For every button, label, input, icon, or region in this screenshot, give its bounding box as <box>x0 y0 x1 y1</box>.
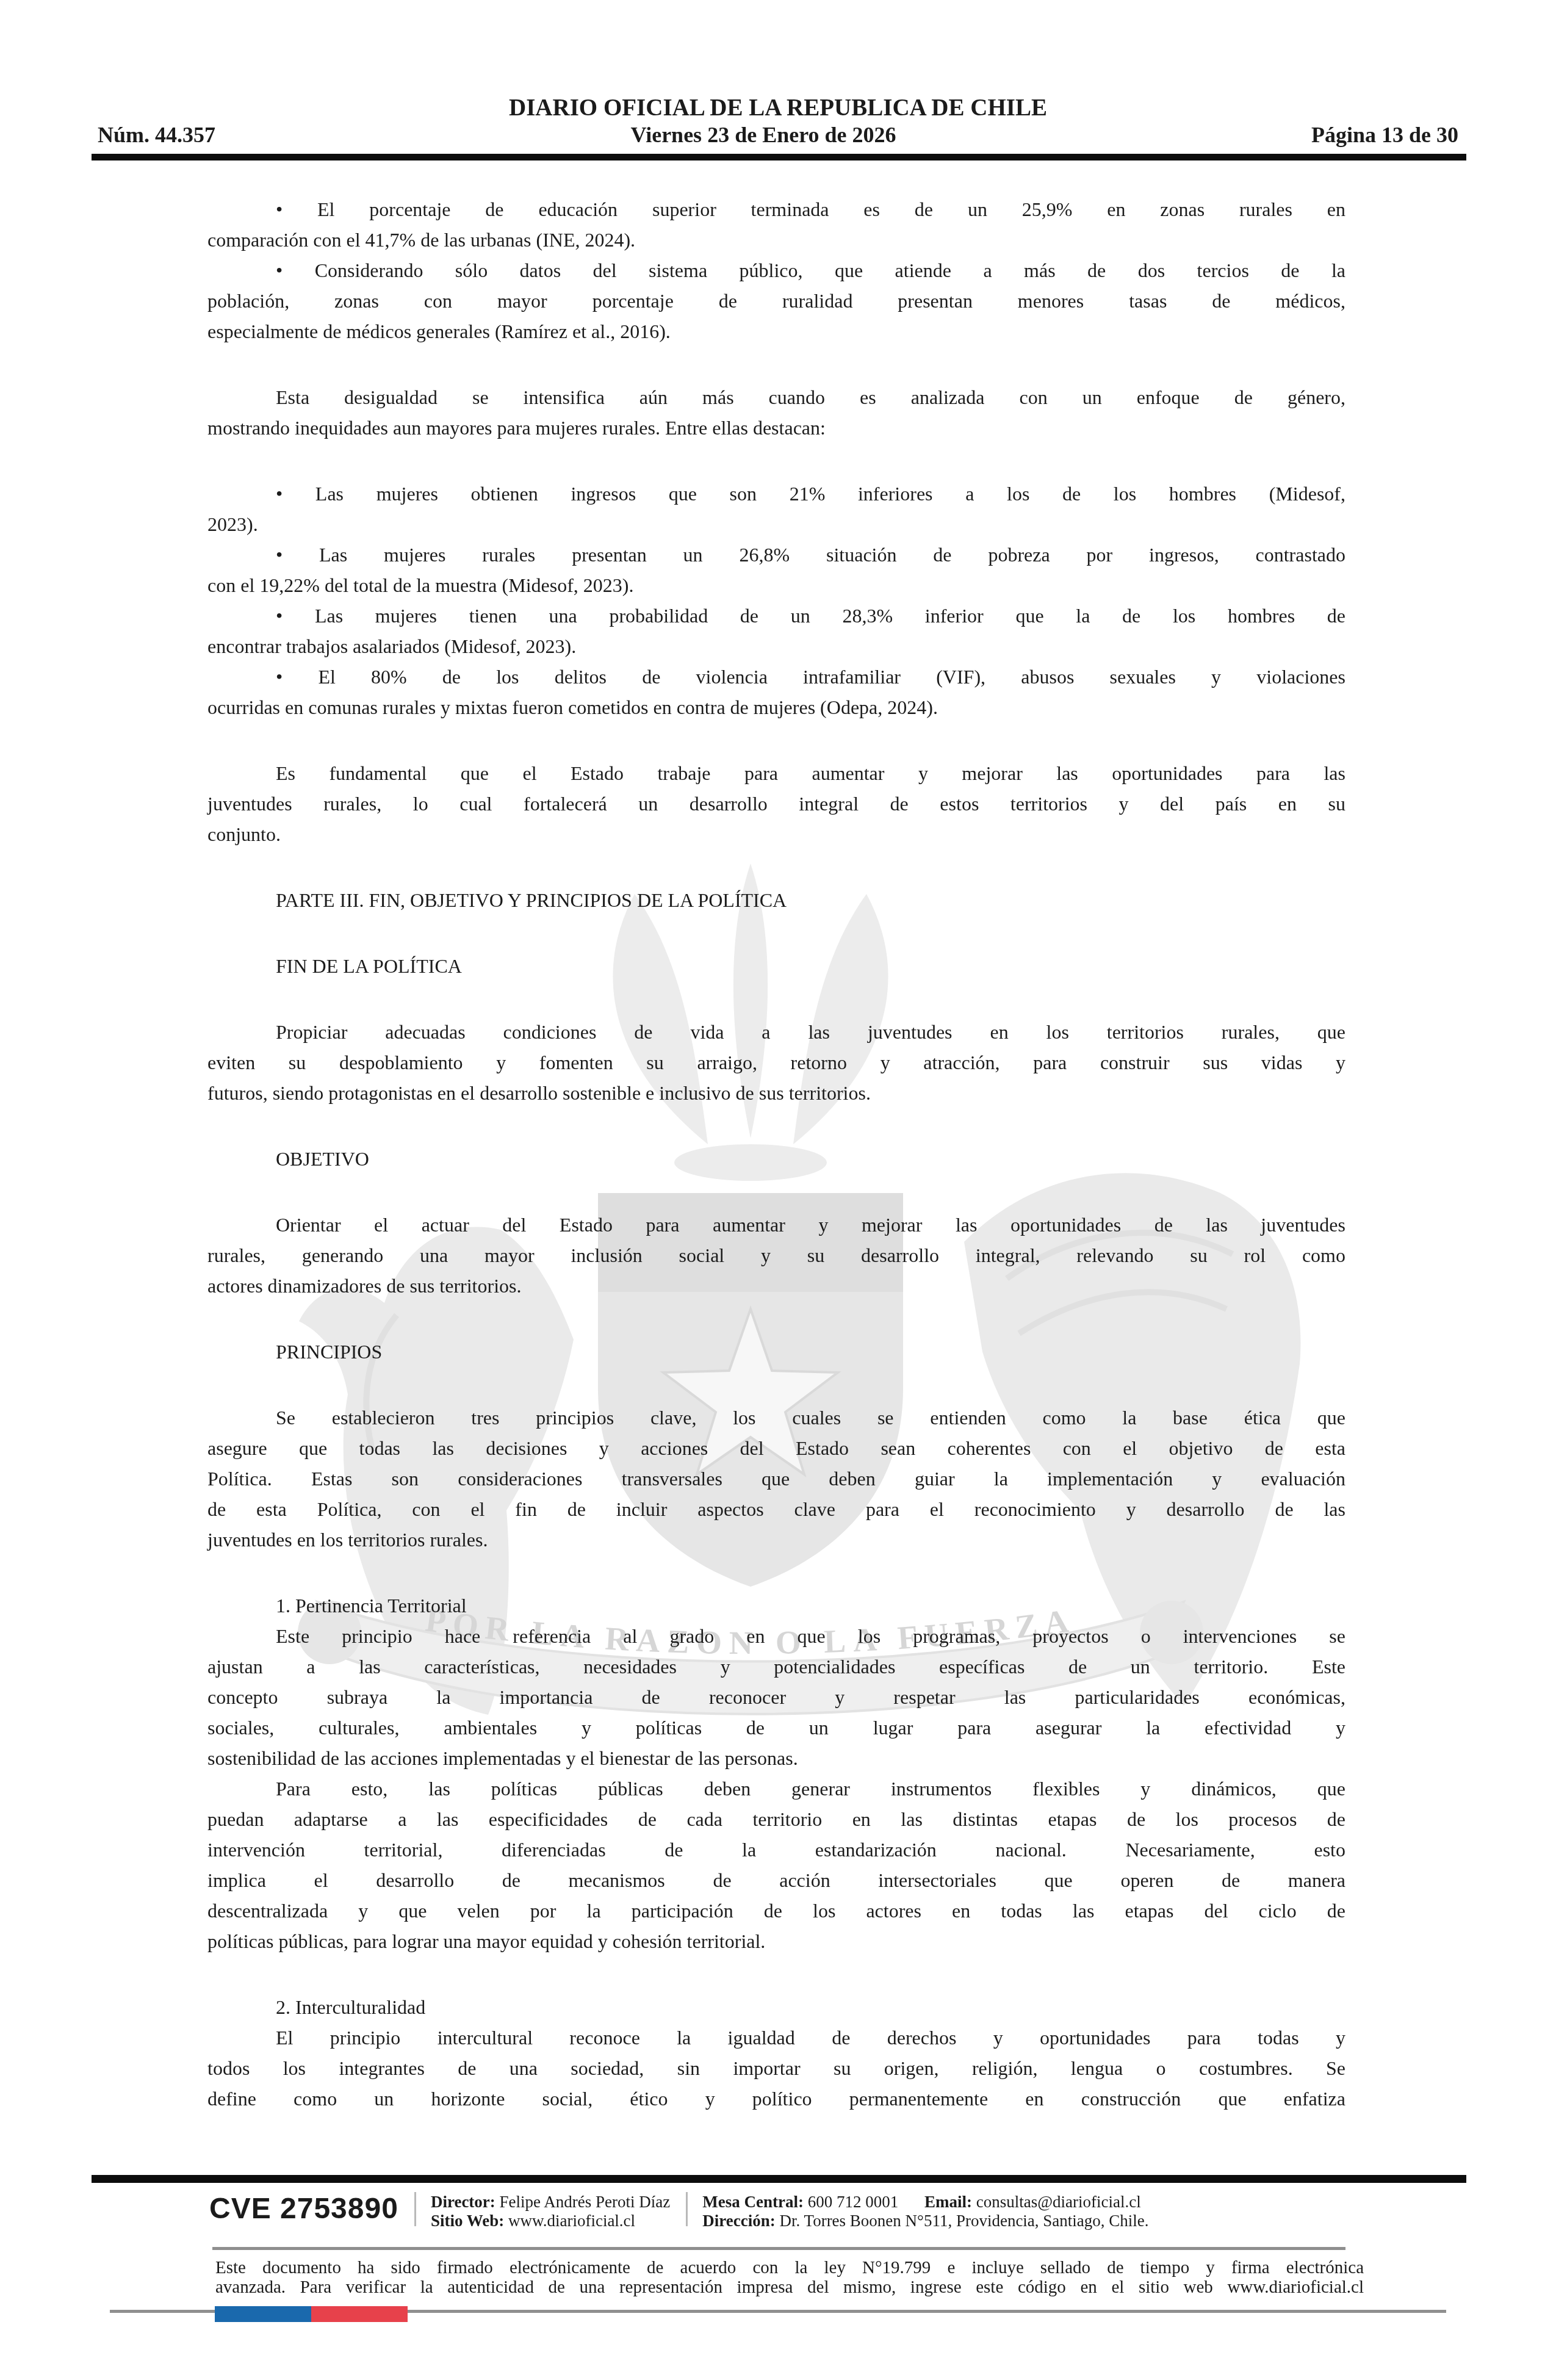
section-heading: OBJETIVO <box>207 1144 1345 1174</box>
text-line: • El 80% de los delitos de violencia int… <box>207 662 1345 692</box>
text-line: 2. Interculturalidad <box>207 1992 1345 2022</box>
text-line: 2023). <box>207 509 1345 539</box>
text-line: rurales, generando una mayor inclusión s… <box>207 1240 1345 1271</box>
text-line: asegure que todas las decisiones y accio… <box>207 1433 1345 1463</box>
text-line: descentralizada y que velen por la parti… <box>207 1895 1345 1926</box>
direccion-value: Dr. Torres Boonen N°511, Providencia, Sa… <box>780 2212 1149 2230</box>
text-line: • Las mujeres tienen una probabilidad de… <box>207 600 1345 631</box>
newspaper-title: DIARIO OFICIAL DE LA REPUBLICA DE CHILE <box>0 95 1556 121</box>
text-line: PRINCIPIOS <box>207 1336 1345 1367</box>
footer-divider <box>414 2192 416 2226</box>
text-line: • Considerando sólo datos del sistema pú… <box>207 255 1345 286</box>
document-page: POR LA RAZON O LA FUERZA DIARIO OFICIAL … <box>0 0 1556 2380</box>
text-line: de esta Política, con el fin de incluir … <box>207 1494 1345 1524</box>
text-line: FIN DE LA POLÍTICA <box>207 951 1345 981</box>
text-line: puedan adaptarse a las especificidades d… <box>207 1804 1345 1834</box>
text-line: juventudes rurales, lo cual fortalecerá … <box>207 788 1345 819</box>
text-line: comparación con el 41,7% de las urbanas … <box>207 225 1345 255</box>
email-label: Email: <box>924 2193 972 2211</box>
body-paragraph: Es fundamental que el Estado trabaje par… <box>207 758 1345 849</box>
body-paragraph: Propiciar adecuadas condiciones de vida … <box>207 1017 1345 1108</box>
text-line: Esta desigualdad se intensifica aún más … <box>207 382 1345 413</box>
text-line: 1. Pertinencia Territorial <box>207 1590 1345 1621</box>
issue-number: Núm. 44.357 <box>98 122 215 148</box>
text-line: ajustan a las características, necesidad… <box>207 1651 1345 1682</box>
text-line: políticas públicas, para lograr una mayo… <box>207 1926 1345 1956</box>
website-url: www.diarioficial.cl <box>508 2212 635 2230</box>
text-line: sociales, culturales, ambientales y polí… <box>207 1712 1345 1743</box>
chile-flag-mark <box>215 2306 408 2322</box>
body-paragraph: Este principio hace referencia al grado … <box>207 1621 1345 1773</box>
text-line: • El porcentaje de educación superior te… <box>207 194 1345 225</box>
text-line: Para esto, las políticas públicas deben … <box>207 1773 1345 1804</box>
text-line: El principio intercultural reconoce la i… <box>207 2022 1345 2053</box>
text-line: con el 19,22% del total de la muestra (M… <box>207 570 1345 600</box>
text-line: • Las mujeres obtienen ingresos que son … <box>207 478 1345 509</box>
text-line: sostenibilidad de las acciones implement… <box>207 1743 1345 1773</box>
section-heading: FIN DE LA POLÍTICA <box>207 951 1345 981</box>
text-line: Se establecieron tres principios clave, … <box>207 1402 1345 1433</box>
mesa-central-number: 600 712 0001 <box>808 2193 899 2211</box>
text-line: Propiciar adecuadas condiciones de vida … <box>207 1017 1345 1047</box>
body-paragraph: Esta desigualdad se intensifica aún más … <box>207 382 1345 443</box>
text-line: • Las mujeres rurales presentan un 26,8%… <box>207 539 1345 570</box>
section-heading: 2. Interculturalidad <box>207 1992 1345 2022</box>
section-heading: PRINCIPIOS <box>207 1336 1345 1367</box>
text-line: Política. Estas son consideraciones tran… <box>207 1463 1345 1494</box>
issue-date: Viernes 23 de Enero de 2026 <box>631 122 896 148</box>
legal-notice: Este documento ha sido firmado electróni… <box>215 2258 1364 2297</box>
text-line: conjunto. <box>207 819 1345 849</box>
footer-director-column: Director: Felipe Andrés Peroti Díaz Siti… <box>431 2187 670 2230</box>
body-paragraph: Se establecieron tres principios clave, … <box>207 1402 1345 1555</box>
text-line: actores dinamizadores de sus territorios… <box>207 1271 1345 1301</box>
header-meta-row: Núm. 44.357 Viernes 23 de Enero de 2026 … <box>98 122 1458 148</box>
body-paragraph: Para esto, las políticas públicas deben … <box>207 1773 1345 1956</box>
text-line: OBJETIVO <box>207 1144 1345 1174</box>
text-line: Orientar el actuar del Estado para aumen… <box>207 1210 1345 1240</box>
cve-code: CVE 2753890 <box>209 2187 398 2231</box>
page-indicator: Página 13 de 30 <box>1311 122 1458 148</box>
footer-divider <box>686 2192 688 2226</box>
text-line: intervención territorial, diferenciadas … <box>207 1834 1345 1865</box>
body-paragraph: El principio intercultural reconoce la i… <box>207 2022 1345 2114</box>
bullet-item: • El 80% de los delitos de violencia int… <box>207 662 1345 723</box>
flag-blue-block <box>215 2306 311 2322</box>
email-address: consultas@diarioficial.cl <box>976 2193 1141 2211</box>
website-label: Sitio Web: <box>431 2212 504 2230</box>
mesa-central-label: Mesa Central: <box>702 2193 804 2211</box>
text-line: juventudes en los territorios rurales. <box>207 1524 1345 1555</box>
bullet-item: • Considerando sólo datos del sistema pú… <box>207 255 1345 347</box>
text-line: concepto subraya la importancia de recon… <box>207 1682 1345 1712</box>
director-label: Director: <box>431 2193 495 2211</box>
text-line: especialmente de médicos generales (Ramí… <box>207 316 1345 347</box>
director-name: Felipe Andrés Peroti Díaz <box>500 2193 671 2211</box>
bullet-item: • El porcentaje de educación superior te… <box>207 194 1345 255</box>
text-line: todos los integrantes de una sociedad, s… <box>207 2053 1345 2083</box>
bullet-item: • Las mujeres tienen una probabilidad de… <box>207 600 1345 662</box>
body-paragraph: Orientar el actuar del Estado para aumen… <box>207 1210 1345 1301</box>
footer-contact-column: Mesa Central: 600 712 0001 Email: consul… <box>702 2187 1148 2230</box>
text-line: Es fundamental que el Estado trabaje par… <box>207 758 1345 788</box>
text-line: encontrar trabajos asalariados (Midesof,… <box>207 631 1345 662</box>
footer-rule <box>92 2175 1466 2183</box>
text-line: Este principio hace referencia al grado … <box>207 1621 1345 1651</box>
text-line: población, zonas con mayor porcentaje de… <box>207 286 1345 316</box>
bullet-item: • Las mujeres rurales presentan un 26,8%… <box>207 539 1345 600</box>
text-line: implica el desarrollo de mecanismos de a… <box>207 1865 1345 1895</box>
document-body: • El porcentaje de educación superior te… <box>207 194 1345 2114</box>
section-heading: 1. Pertinencia Territorial <box>207 1590 1345 1621</box>
section-heading: PARTE III. FIN, OBJETIVO Y PRINCIPIOS DE… <box>207 885 1345 915</box>
text-line: ocurridas en comunas rurales y mixtas fu… <box>207 692 1345 723</box>
legal-line-2: avanzada. Para verificar la autenticidad… <box>215 2277 1364 2297</box>
text-line: eviten su despoblamiento y fomenten su a… <box>207 1047 1345 1078</box>
text-line: PARTE III. FIN, OBJETIVO Y PRINCIPIOS DE… <box>207 885 1345 915</box>
footer-info-row: CVE 2753890 Director: Felipe Andrés Pero… <box>209 2187 1350 2231</box>
text-line: define como un horizonte social, ético y… <box>207 2083 1345 2114</box>
footer-gray-rule <box>212 2247 1345 2250</box>
legal-line-1: Este documento ha sido firmado electróni… <box>215 2258 1364 2277</box>
direccion-label: Dirección: <box>702 2212 775 2230</box>
text-line: futuros, siendo protagonistas en el desa… <box>207 1078 1345 1108</box>
flag-red-block <box>311 2306 408 2322</box>
text-line: mostrando inequidades aun mayores para m… <box>207 413 1345 443</box>
header-rule <box>92 154 1466 160</box>
bullet-item: • Las mujeres obtienen ingresos que son … <box>207 478 1345 539</box>
